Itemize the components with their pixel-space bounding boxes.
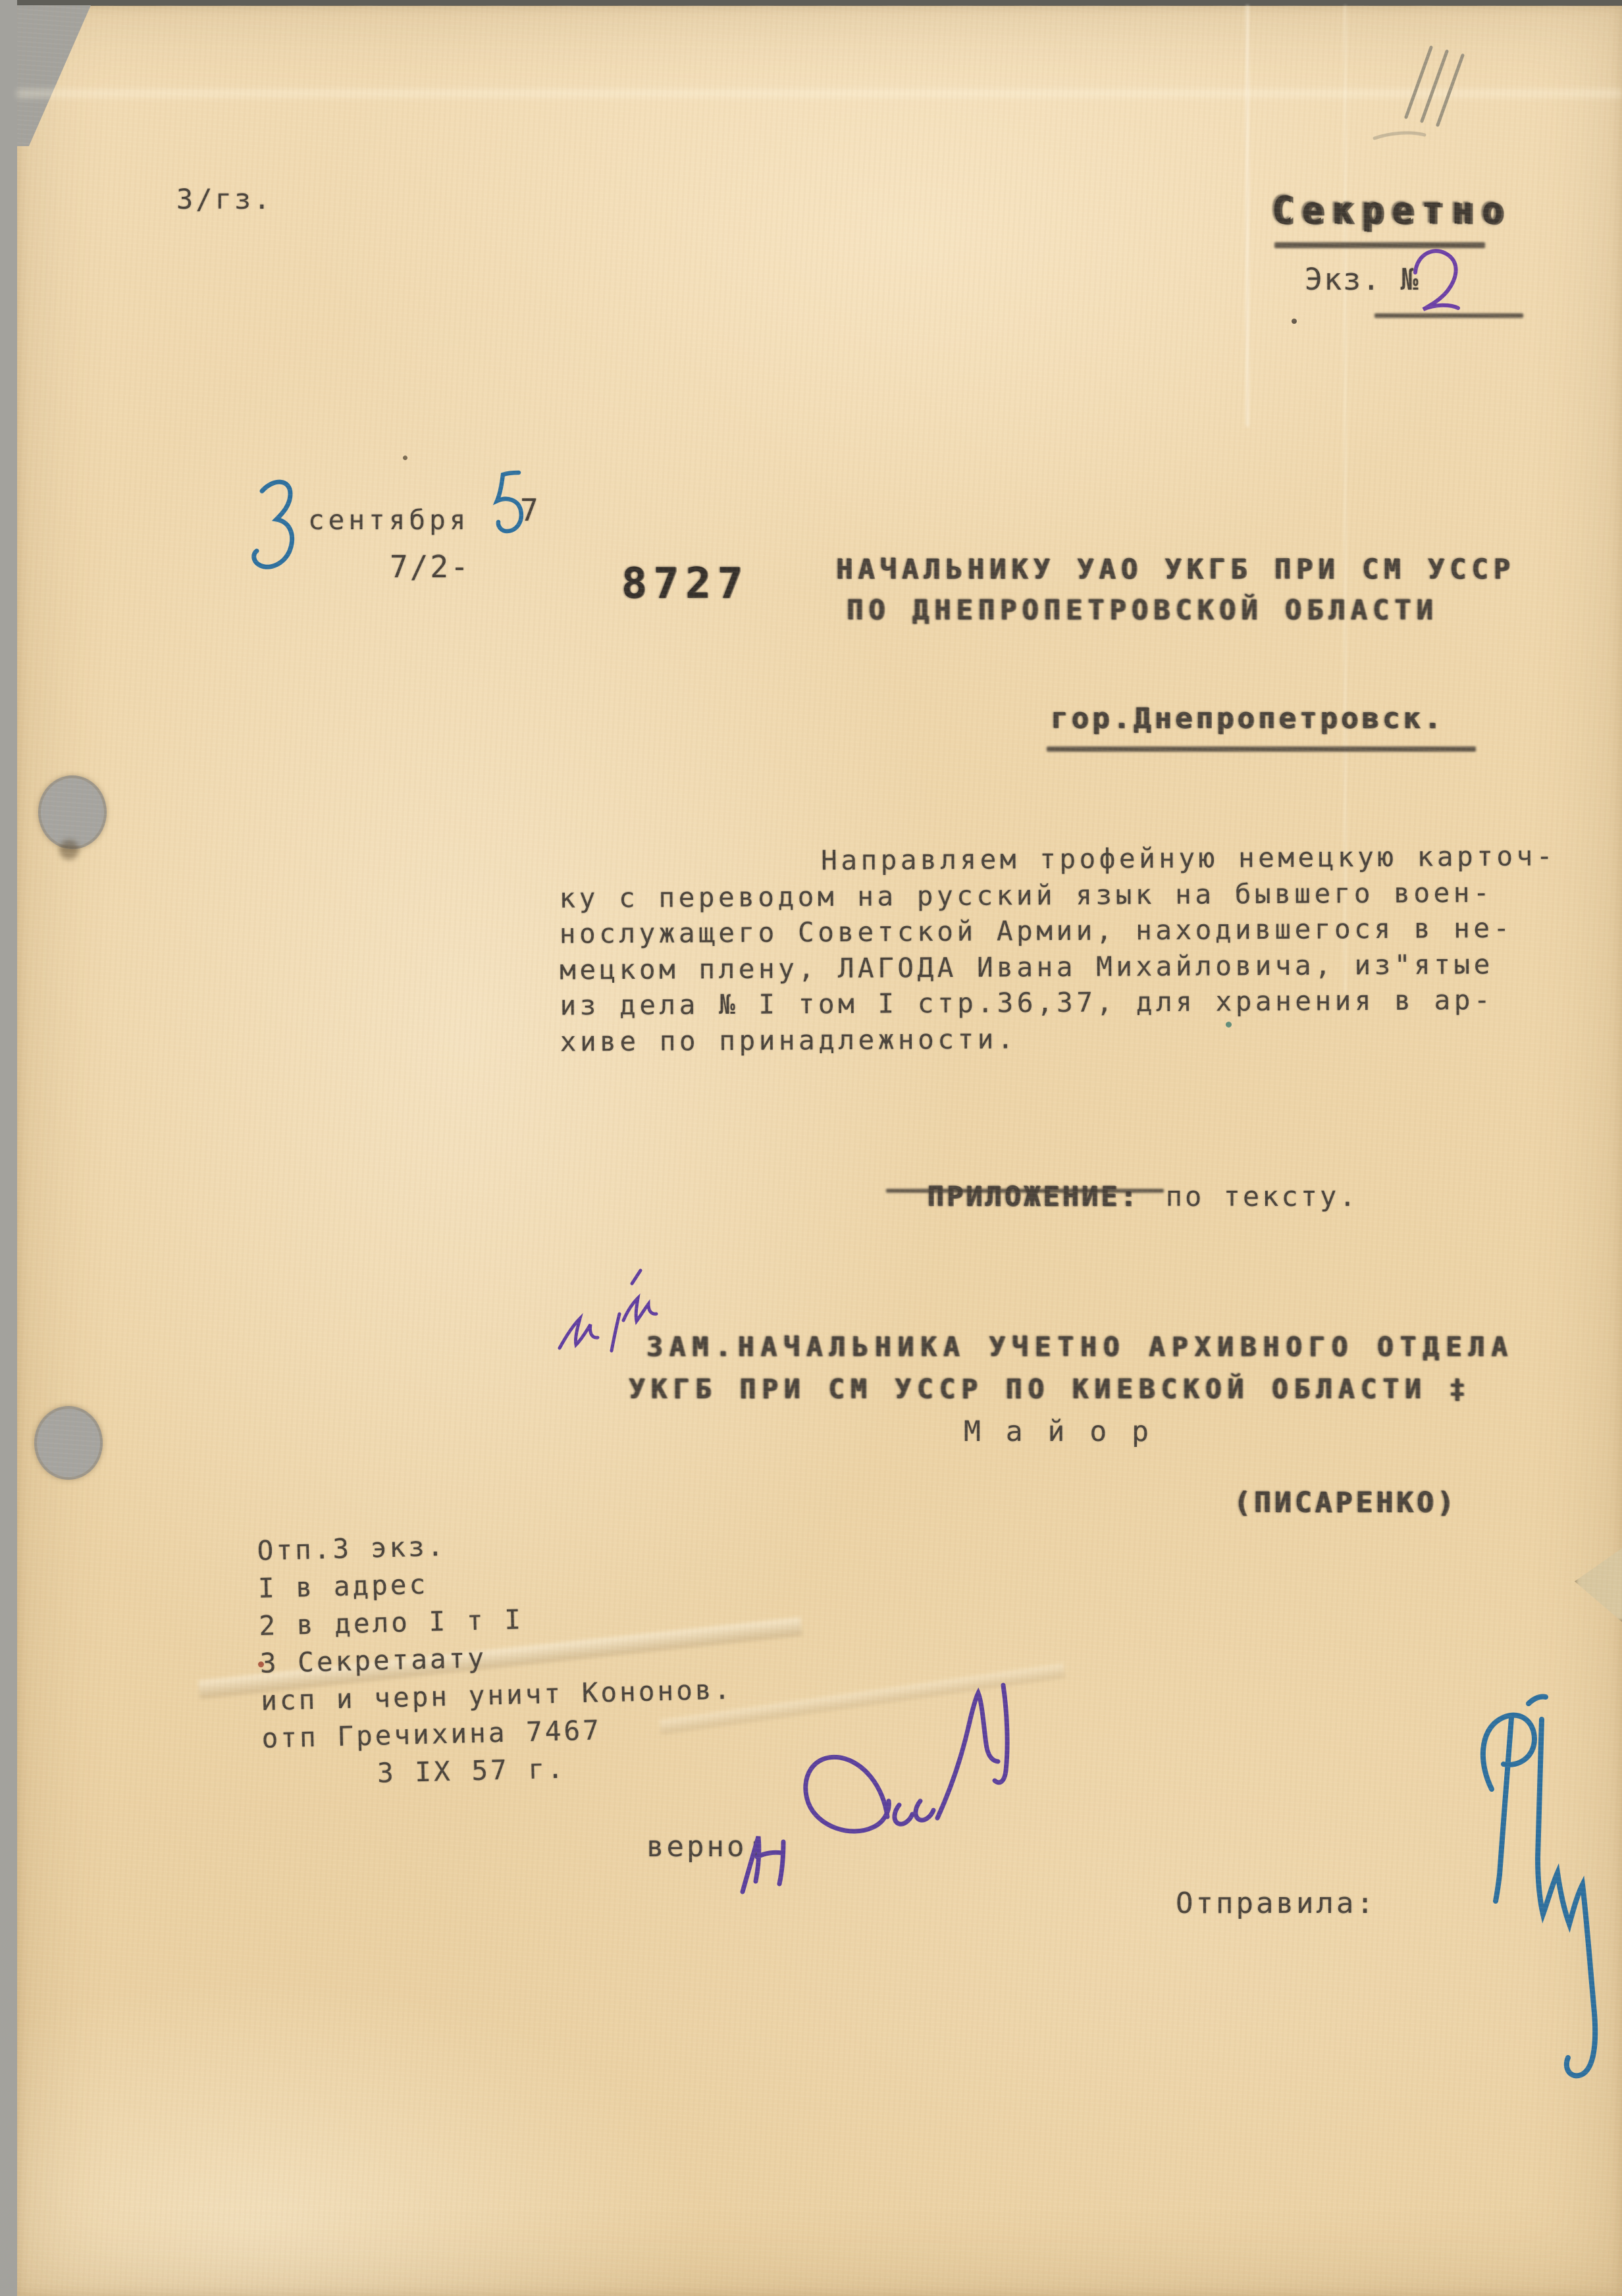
outgoing-ref: 7/2- [390, 549, 471, 585]
page-ref: 3/гз. [176, 183, 273, 215]
recipient-line-1: НАЧАЛЬНИКУ УАО УКГБ ПРИ СМ УССР [836, 553, 1515, 585]
secrecy-stamp-underline [1274, 242, 1485, 248]
attachment-value: по тексту. [1166, 1180, 1359, 1213]
body-paragraph: Направляем трофейную немецкую карточ- ку… [559, 838, 1554, 1059]
secrecy-stamp: Секретно [1272, 188, 1511, 232]
recipient-city: гор.Днепропетровск. [1051, 702, 1444, 735]
date-year-typed: 7 [520, 492, 538, 528]
sent-label: Отправила: [1176, 1887, 1376, 1920]
signer-name: (ПИСАРЕНКО) [1234, 1486, 1457, 1519]
punch-hole-bottom [34, 1406, 103, 1480]
recipient-line-2: ПО ДНЕПРОПЕТРОВСКОЙ ОБЛАСТИ [847, 594, 1438, 626]
punch-hole-fringe [59, 840, 79, 860]
attachment-line: ПРИЛОЖЕНИЕ:по тексту. [889, 1148, 1359, 1213]
date-month: сентября [308, 504, 469, 536]
attachment-underline [886, 1189, 1164, 1193]
body-line: хиве по принадлежности. [560, 1018, 1554, 1060]
body-line: Направляем трофейную немецкую карточ- [559, 838, 1553, 880]
paper-speck [403, 456, 407, 460]
signer-rank: М а й о р [964, 1415, 1153, 1448]
attachment-label: ПРИЛОЖЕНИЕ: [928, 1180, 1139, 1213]
body-line: ку с переводом на русский язык на бывшег… [559, 874, 1553, 916]
copy-number-underline [1374, 313, 1523, 318]
paper-speck [1292, 319, 1297, 324]
signer-position-line-1: ЗАМ.НАЧАЛЬНИКА УЧЕТНО АРХИВНОГО ОТДЕЛА [646, 1331, 1514, 1363]
certified-label: верно: [646, 1830, 767, 1864]
registration-number-stamp: 8727 [621, 560, 749, 608]
scanned-document-page: { "document": { "page_ref": "3/гз.", "pe… [0, 0, 1622, 2296]
copy-label: Экз. № [1305, 262, 1420, 297]
body-line: нослужащего Советской Армии, находившего… [560, 910, 1554, 952]
paper-sheet [17, 5, 1622, 2296]
copies-block: Отп.3 экз. I в адрес 2 в дело I т I 3 Се… [257, 1521, 735, 1794]
body-line: из дела № I том I стр.36,37, для хранени… [560, 981, 1554, 1024]
recipient-city-underline [1047, 746, 1476, 752]
scan-top-edge [17, 0, 1622, 6]
signer-position-line-2: УКГБ ПРИ СМ УССР ПО КИЕВСКОЙ ОБЛАСТИ ‡ [629, 1373, 1471, 1405]
body-line: мецком плену, ЛАГОДА Ивана Михайловича, … [560, 946, 1554, 988]
punch-hole-top [38, 775, 107, 849]
